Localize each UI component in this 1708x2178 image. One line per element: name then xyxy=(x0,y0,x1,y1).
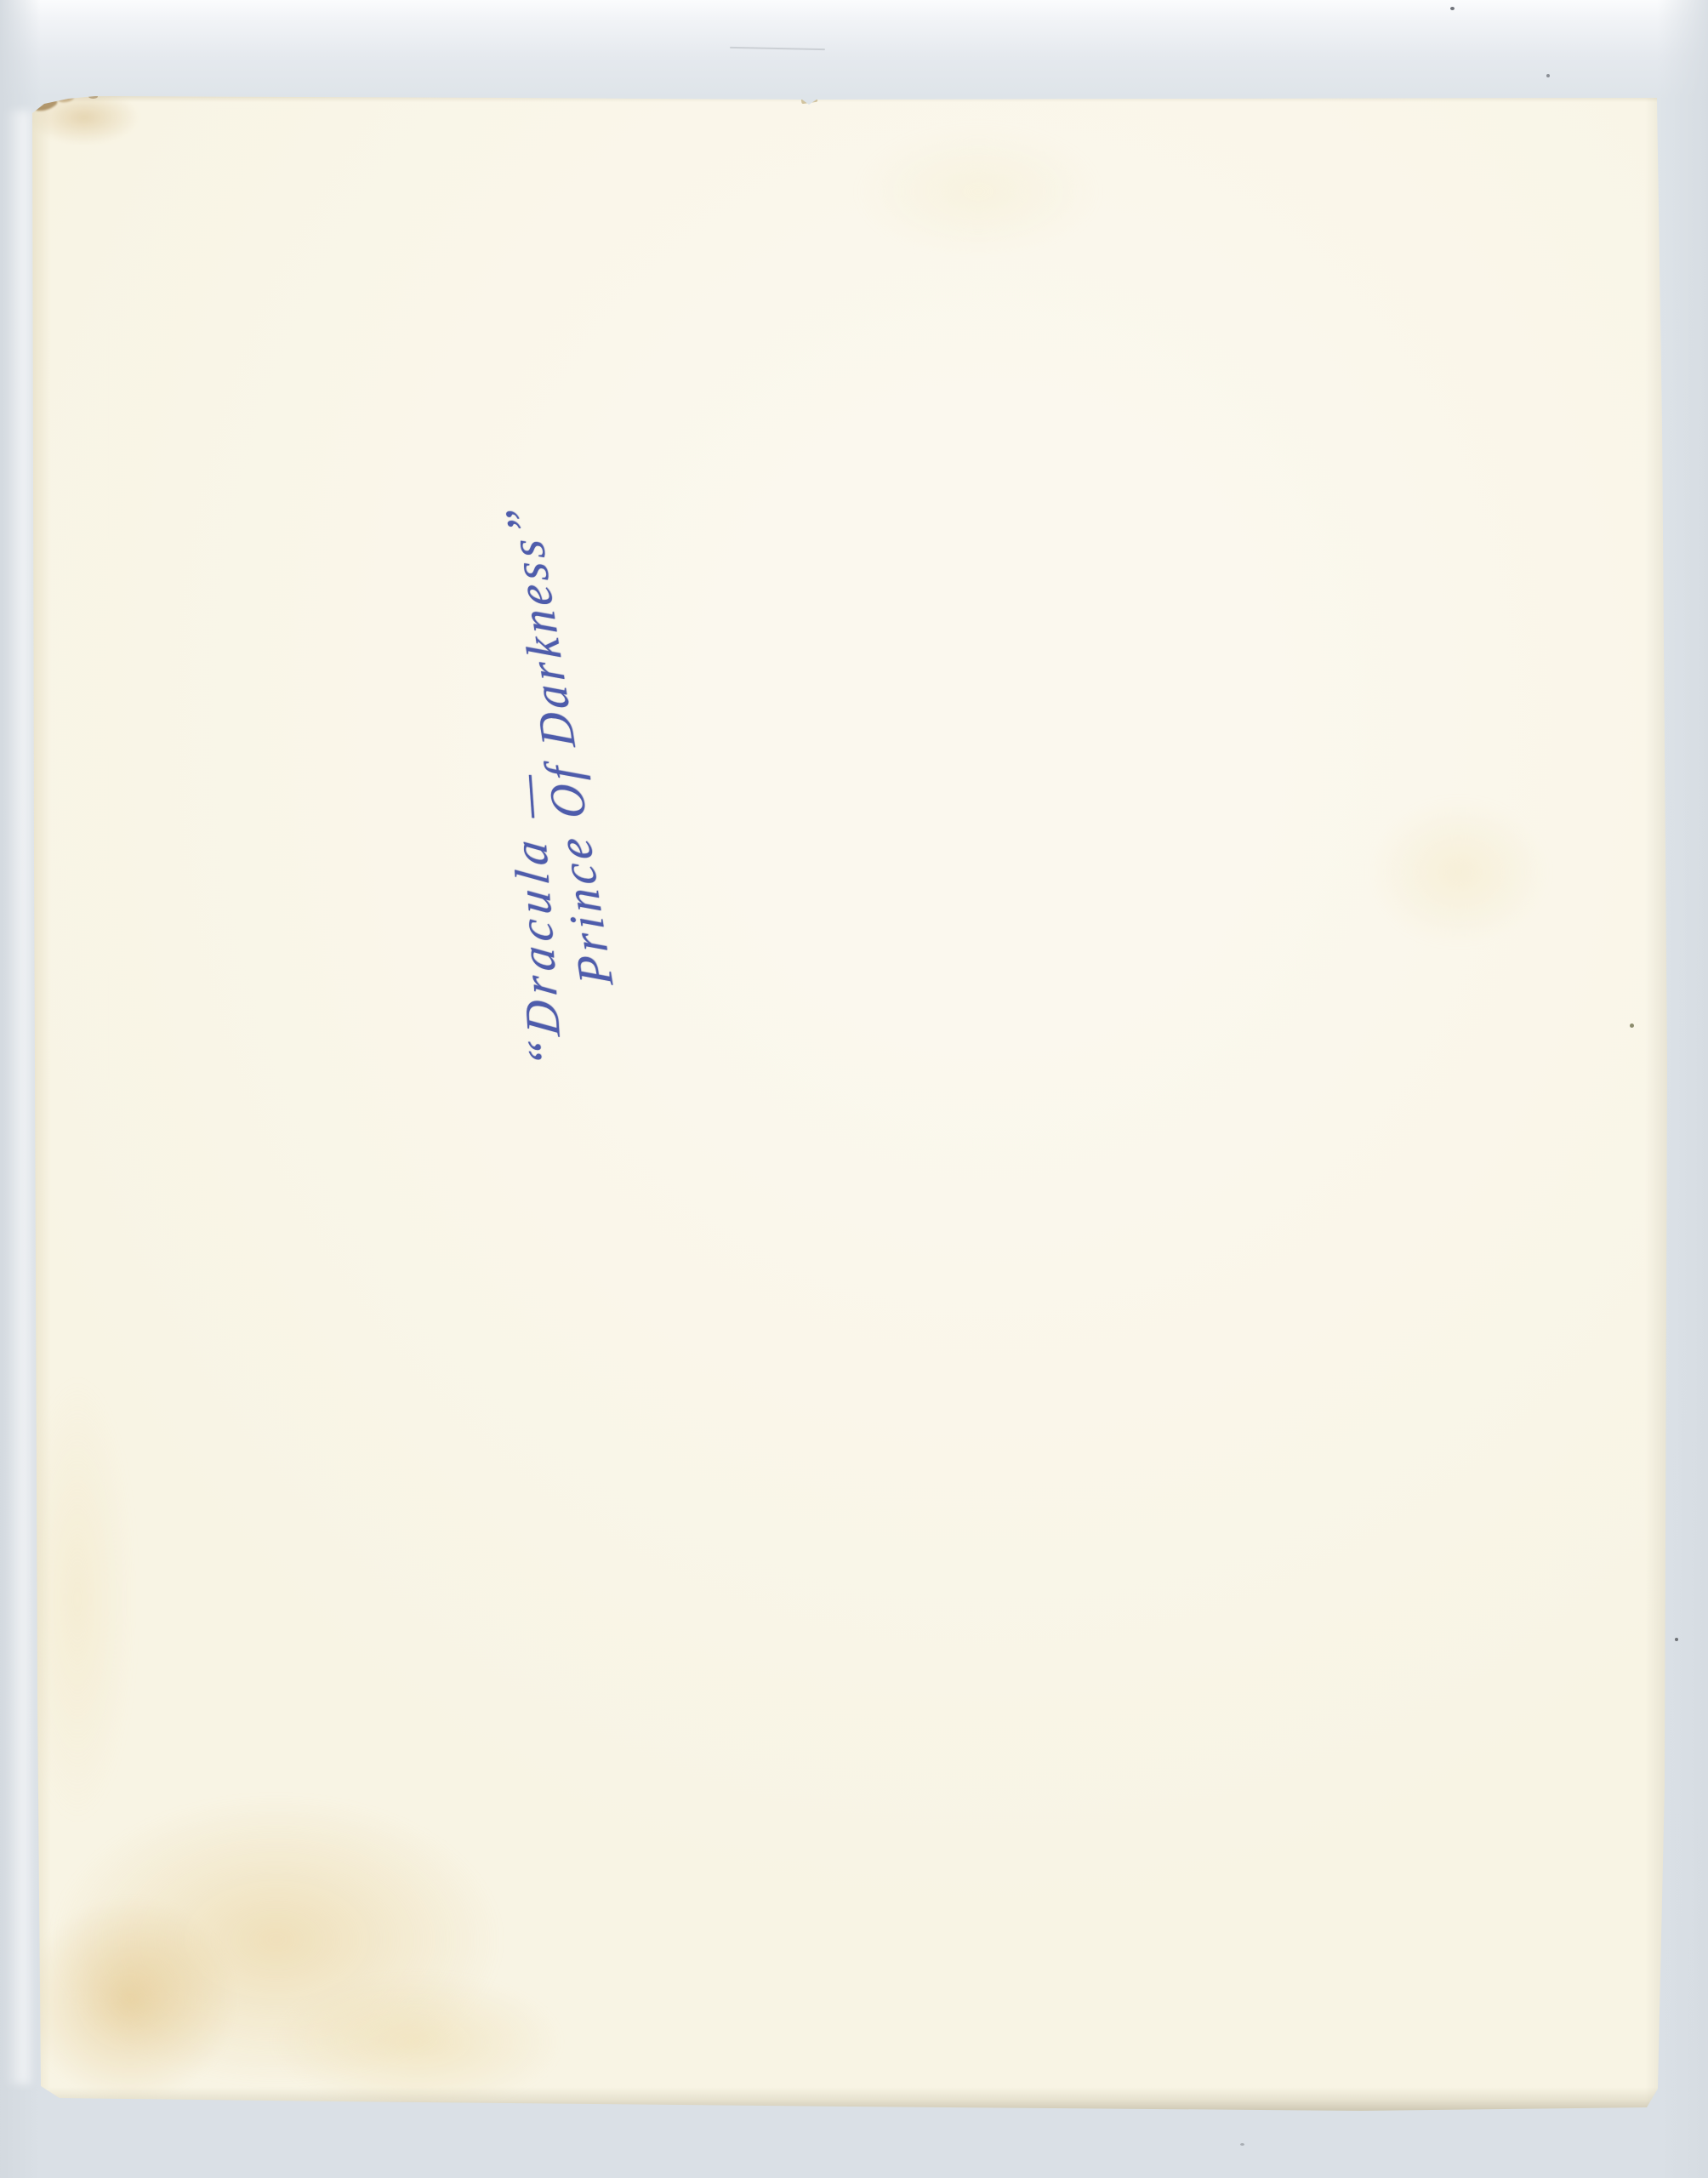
smudge-top xyxy=(859,128,1097,255)
scratch-mark xyxy=(730,47,825,50)
handwritten-annotation-line-1: “Dracula — xyxy=(492,768,580,1070)
corner-chip-mark xyxy=(33,97,59,113)
paper-edge-right-shade xyxy=(1645,98,1668,2107)
photo-paper-verso: “Dracula — Prince Of Darkness” xyxy=(0,0,1708,2178)
corner-chip-mark xyxy=(88,94,98,99)
paper-edge-bottom-shade xyxy=(34,2087,1663,2111)
dust-speck xyxy=(1450,7,1455,10)
stain-left-edge xyxy=(22,1378,133,1821)
scanner-glow xyxy=(5,111,34,2084)
stain-bottom-left-dark xyxy=(24,1897,236,2101)
paper-edge-top-shade xyxy=(32,94,1661,102)
smudge-right xyxy=(1369,800,1548,944)
dust-speck xyxy=(1240,2143,1244,2146)
handwritten-annotation-line-2: Prince Of Darkness” xyxy=(485,483,630,989)
stain-bottom xyxy=(272,1974,561,2110)
stain-bottom-left xyxy=(51,1795,502,2084)
handwritten-text: Prince Of Darkness” xyxy=(493,505,624,985)
scanned-photo-back: “Dracula — Prince Of Darkness” xyxy=(0,0,1708,2178)
paper-speck xyxy=(1630,1023,1634,1028)
corner-chip-discoloration xyxy=(29,90,139,145)
dust-speck xyxy=(1546,74,1550,77)
corner-chip-mark xyxy=(57,94,74,103)
handwritten-text: “Dracula — xyxy=(498,766,573,1070)
dust-speck xyxy=(1675,1638,1678,1641)
paper-edge-left-shade xyxy=(32,106,51,2089)
top-edge-nick xyxy=(801,96,818,105)
